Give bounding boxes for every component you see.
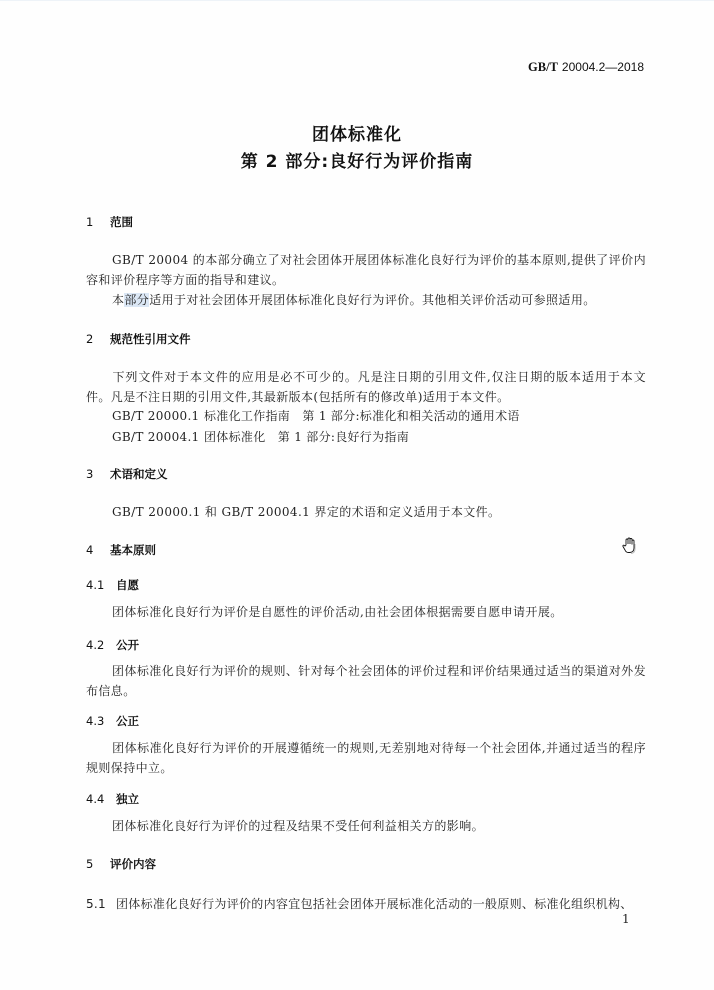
reference-code: GB/T 20004.1 [112,430,204,444]
document-title: 团体标准化 [0,120,714,145]
paragraph-text: 团体标准化良好行为评价的规则、针对每个社会团体的评价过程和评价结果通过适当的渠道… [86,664,646,698]
subsection-number: 4.2 [86,638,116,652]
subsection-heading-4-1: 4.1自愿 [86,577,139,593]
standard-number: 20004.2—2018 [562,60,644,74]
subsection-number: 4.4 [86,792,116,806]
subsection-heading-4-3: 4.3公正 [86,713,139,729]
section-title: 基本原则 [110,543,156,557]
reference-item: GB/T 20000.1标准化工作指南 第 1 部分:标准化和相关活动的通用术语 [112,407,520,424]
subsection-heading-4-4: 4.4独立 [86,791,139,807]
section-heading-5: 5评价内容 [86,856,156,872]
section-title: 术语和定义 [110,467,168,481]
paragraph-text: 适用于对社会团体开展团体标准化良好行为评价。其他相关评价活动可参照适用。 [149,293,595,307]
paragraph-text: 团体标准化良好行为评价的过程及结果不受任何利益相关方的影响。 [112,819,484,833]
paragraph-text: 本 [112,293,124,307]
reference-title: 团体标准化 第 1 部分:良好行为指南 [204,430,409,444]
paragraph-openness[interactable]: 团体标准化良好行为评价的规则、针对每个社会团体的评价过程和评价结果通过适当的渠道… [86,661,646,701]
paragraph-text: 团体标准化良好行为评价的开展遵循统一的规则,无差别地对待每一个社会团体,并通过适… [86,741,646,775]
subsection-title: 公开 [116,638,139,652]
clause-text: 团体标准化良好行为评价的内容宜包括社会团体开展标准化活动的一般原则、标准化组织机… [116,897,633,911]
subsection-title: 独立 [116,792,139,806]
subsection-title: 公正 [116,714,139,728]
subsection-number: 4.3 [86,714,116,728]
section-title: 评价内容 [110,857,156,871]
subsection-heading-4-2: 4.2公开 [86,637,139,653]
paragraph-scope-1[interactable]: GB/T 20004 的本部分确立了对社会团体开展团体标准化良好行为评价的基本原… [86,250,646,290]
clause-5-1[interactable]: 5.1团体标准化良好行为评价的内容宜包括社会团体开展标准化活动的一般原则、标准化… [86,895,646,912]
paragraph-text: GB/T 20000.1 和 GB/T 20004.1 界定的术语和定义适用于本… [112,505,500,519]
document-subtitle: 第 2 部分:良好行为评价指南 [0,147,714,172]
paragraph-terms[interactable]: GB/T 20000.1 和 GB/T 20004.1 界定的术语和定义适用于本… [86,502,646,522]
reference-code: GB/T 20000.1 [112,409,204,423]
paragraph-scope-2[interactable]: 本部分适用于对社会团体开展团体标准化良好行为评价。其他相关评价活动可参照适用。 [86,290,646,310]
reference-item: GB/T 20004.1团体标准化 第 1 部分:良好行为指南 [112,428,409,445]
paragraph-independence[interactable]: 团体标准化良好行为评价的过程及结果不受任何利益相关方的影响。 [86,816,646,836]
viewer-top-border [0,0,714,1]
section-heading-3: 3术语和定义 [86,466,168,482]
section-heading-2: 2规范性引用文件 [86,331,191,347]
section-heading-1: 1范围 [86,214,133,230]
section-number: 2 [86,332,110,346]
paragraph-text: 下列文件对于本文件的应用是必不可少的。凡是注日期的引用文件,仅注日期的版本适用于… [86,370,646,404]
text-selection[interactable]: 部分 [124,293,149,307]
subsection-number: 4.1 [86,578,116,592]
section-number: 4 [86,543,110,557]
reference-title: 标准化工作指南 第 1 部分:标准化和相关活动的通用术语 [204,409,520,423]
standard-code: GB/T20004.2—2018 [528,60,644,75]
paragraph-impartiality[interactable]: 团体标准化良好行为评价的开展遵循统一的规则,无差别地对待每一个社会团体,并通过适… [86,738,646,778]
paragraph-text: 团体标准化良好行为评价是自愿性的评价活动,由社会团体根据需要自愿申请开展。 [112,605,563,619]
hand-pointer-icon [620,536,640,556]
section-number: 5 [86,857,110,871]
clause-number: 5.1 [86,897,116,911]
section-number: 1 [86,215,110,229]
paragraph-references[interactable]: 下列文件对于本文件的应用是必不可少的。凡是注日期的引用文件,仅注日期的版本适用于… [86,367,646,407]
paragraph-voluntary[interactable]: 团体标准化良好行为评价是自愿性的评价活动,由社会团体根据需要自愿申请开展。 [86,602,646,622]
paragraph-text: GB/T 20004 的本部分确立了对社会团体开展团体标准化良好行为评价的基本原… [86,253,646,287]
section-title: 范围 [110,215,133,229]
section-number: 3 [86,467,110,481]
page-number: 1 [622,912,630,926]
section-title: 规范性引用文件 [110,332,191,346]
section-heading-4: 4基本原则 [86,542,156,558]
subsection-title: 自愿 [116,578,139,592]
standard-prefix: GB/T [528,60,558,74]
